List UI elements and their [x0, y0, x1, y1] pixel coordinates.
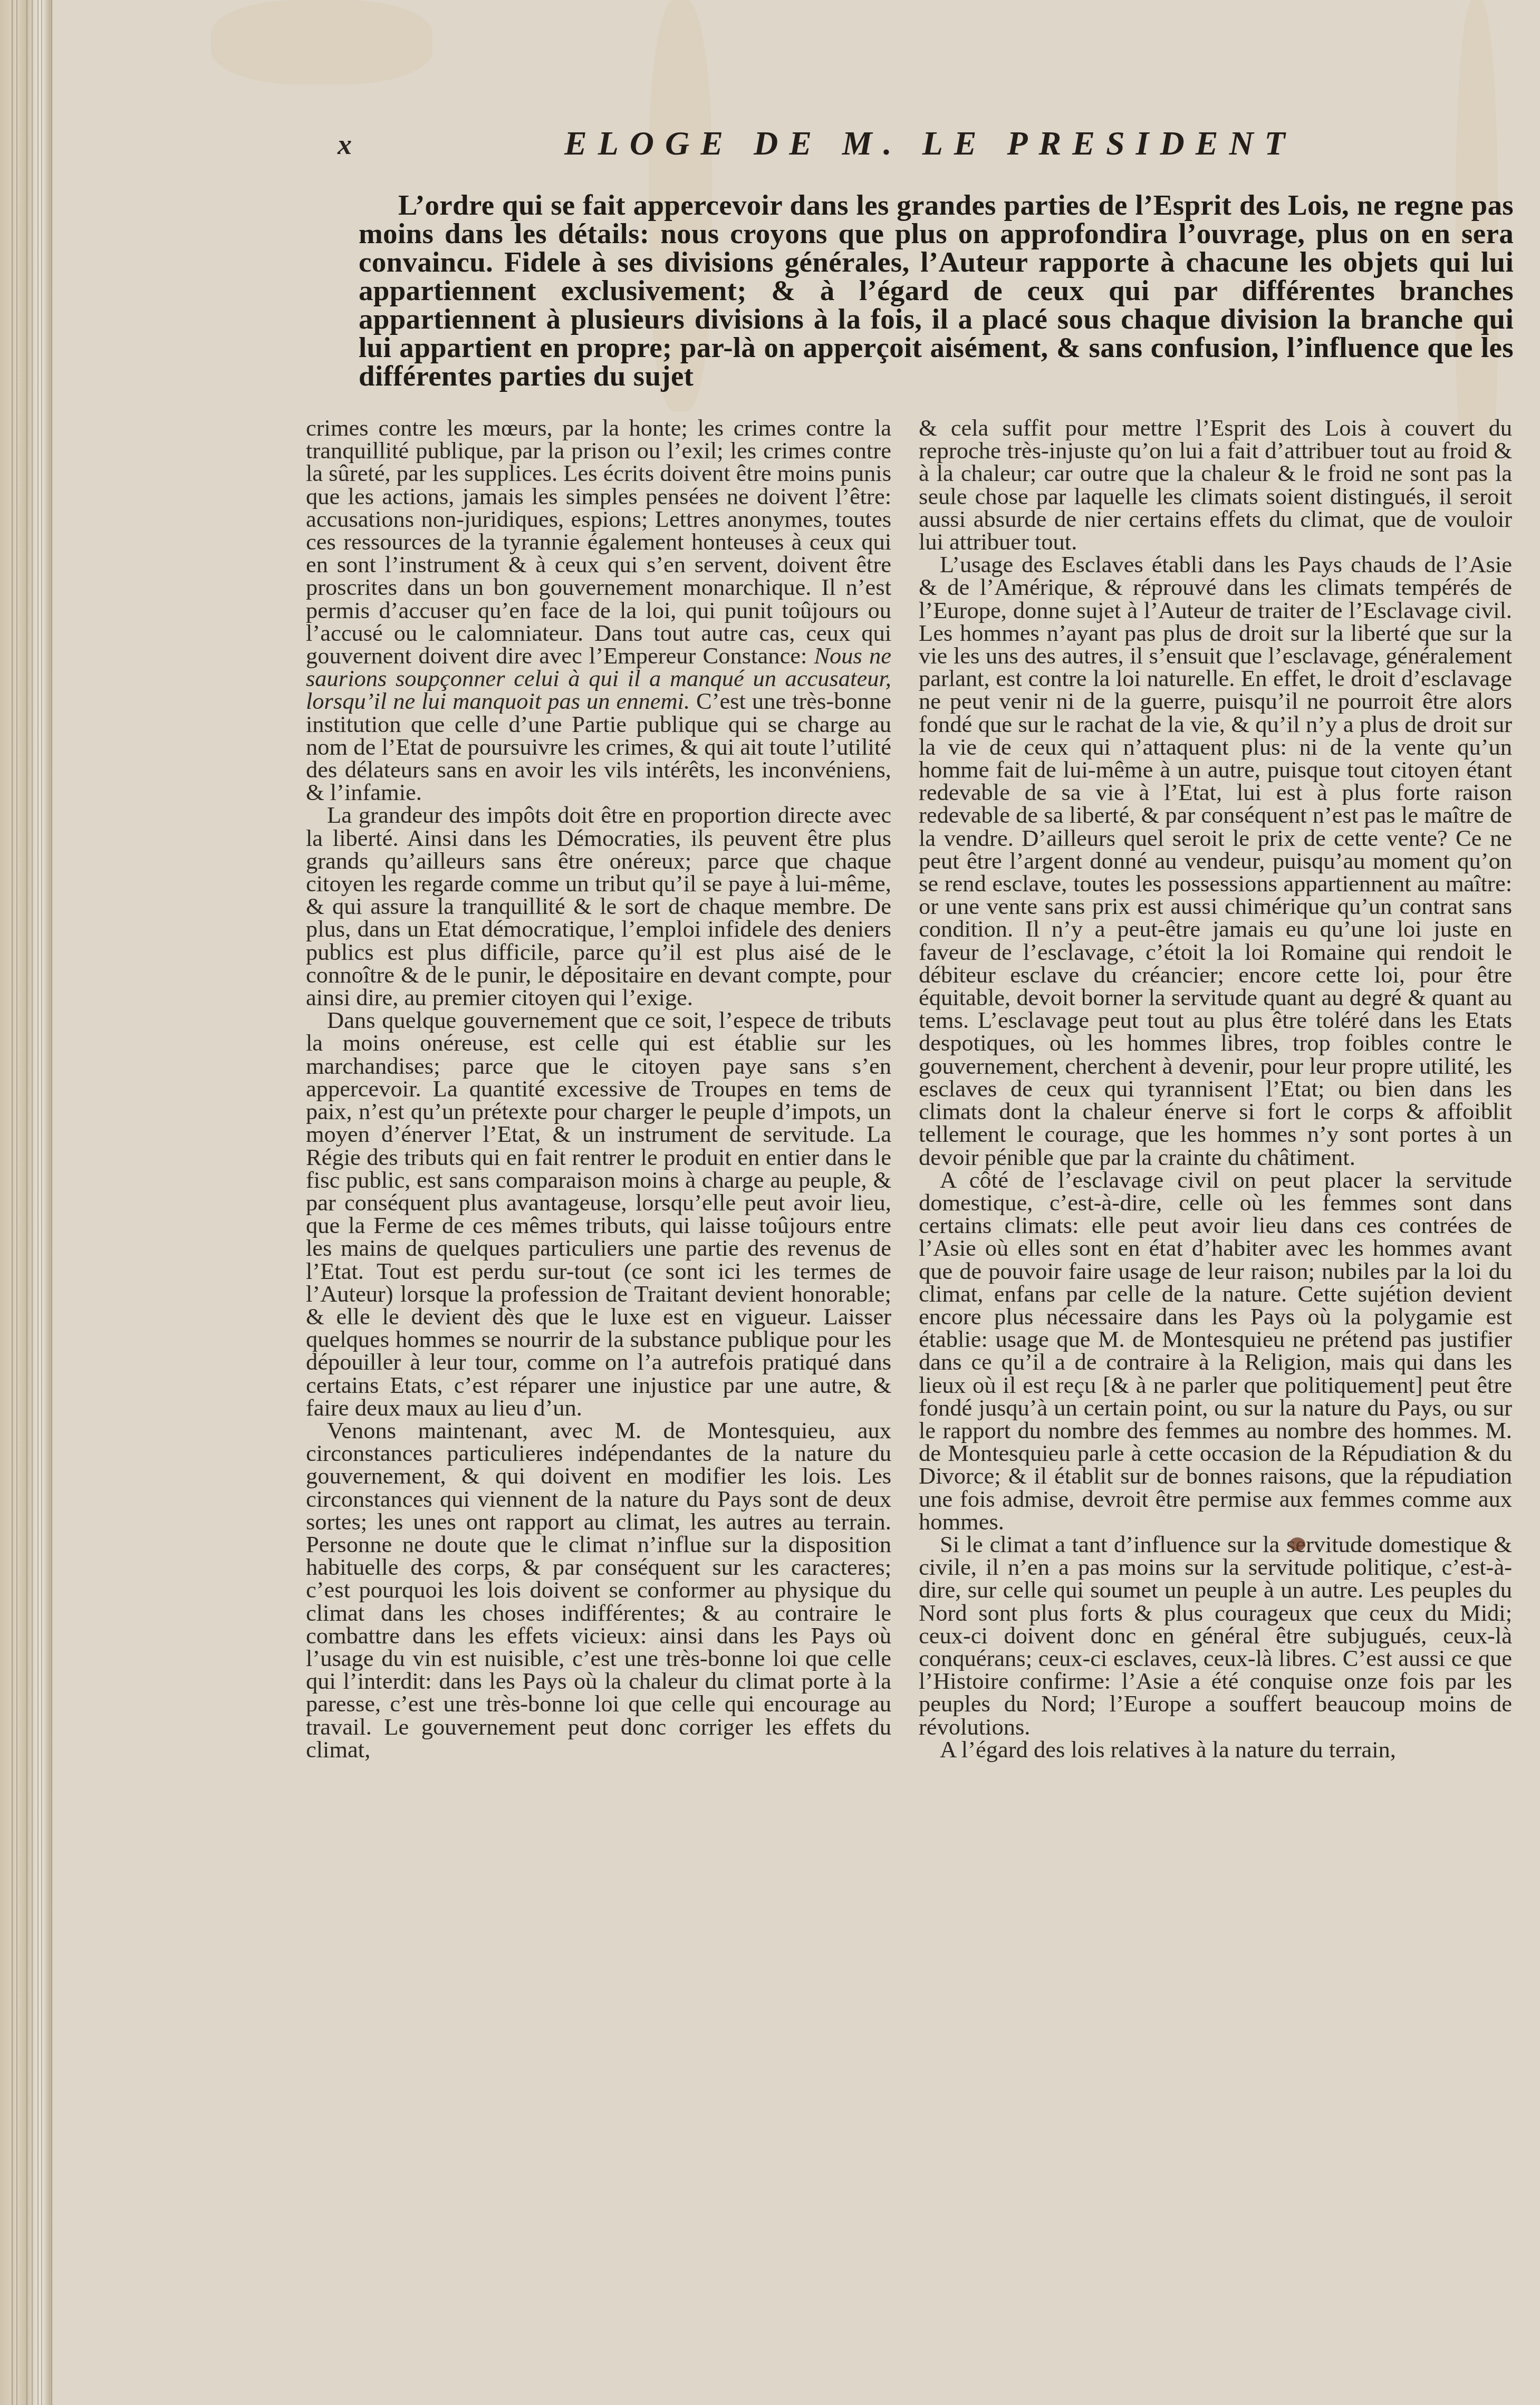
paragraph: Venons maintenant, avec M. de Montesquie…	[306, 1419, 891, 1761]
page-edge-line	[32, 0, 33, 2405]
page-edge-line	[37, 0, 38, 2405]
page-edge-line	[26, 0, 27, 2405]
intro-paragraph: L’ordre qui se fait appercevoir dans les…	[359, 191, 1514, 390]
page-edge-line	[12, 0, 13, 2405]
right-column: & cela suffit pour mettre l’Esprit des L…	[919, 417, 1512, 1761]
left-column: crimes contre les mœurs, par la honte; l…	[306, 417, 891, 1761]
page-number: x	[338, 128, 352, 161]
running-title: ELOGE DE M. LE PRESIDENT	[564, 124, 1296, 163]
paragraph: A l’égard des lois relatives à la nature…	[919, 1738, 1512, 1761]
page-edge-line	[51, 0, 52, 2405]
ink-blot	[1289, 1537, 1305, 1551]
paragraph: L’usage des Esclaves établi dans les Pay…	[919, 553, 1512, 1168]
paragraph: Si le climat a tant d’influence sur la s…	[919, 1533, 1512, 1738]
page-edge-line	[16, 0, 17, 2405]
page-edge-line	[41, 0, 42, 2405]
paragraph: Dans quelque gouvernement que ce soit, l…	[306, 1009, 891, 1419]
water-stain	[211, 0, 432, 84]
paragraph-text: crimes contre les mœurs, par la honte; l…	[306, 415, 891, 669]
paragraph: A côté de l’esclavage civil on peut plac…	[919, 1169, 1512, 1533]
intro-text: L’ordre qui se fait appercevoir dans les…	[359, 191, 1514, 390]
running-header: x ELOGE DE M. LE PRESIDENT	[316, 124, 1529, 166]
paragraph: & cela suffit pour mettre l’Esprit des L…	[919, 417, 1512, 553]
book-page-edges	[0, 0, 53, 2405]
paragraph: La grandeur des impôts doit être en prop…	[306, 804, 891, 1009]
paragraph: crimes contre les mœurs, par la honte; l…	[306, 417, 891, 804]
